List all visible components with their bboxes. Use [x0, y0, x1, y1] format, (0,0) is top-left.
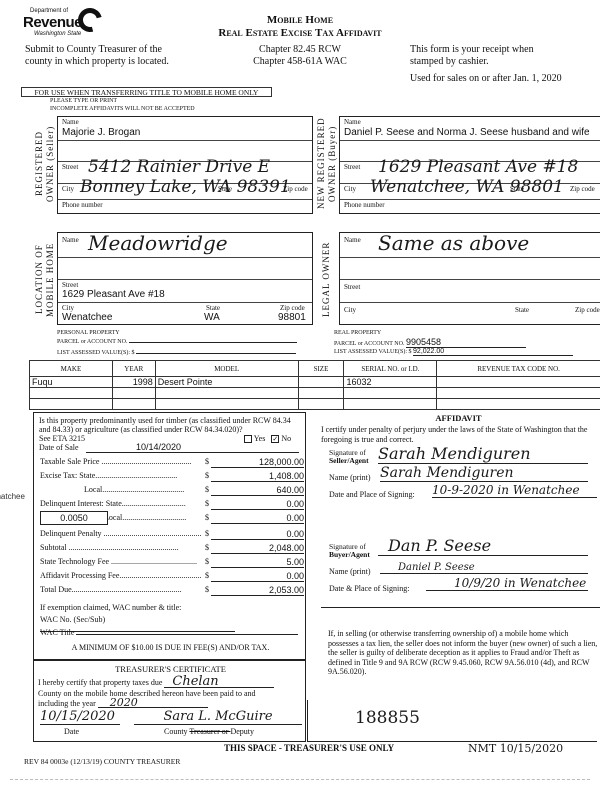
location-box: Name Meadowridge Street 1629 Pleasant Av… [57, 232, 313, 325]
excise-state-field[interactable]: 1,408.00 [211, 471, 304, 482]
exemption-label: If exemption claimed, WAC number & title… [40, 603, 181, 612]
line-label: Delinquent Interest: State..............… [40, 499, 186, 508]
instruction-incomplete: INCOMPLETE AFFIDAVITS WILL NOT BE ACCEPT… [50, 106, 195, 112]
overflow-text: enatchee [0, 492, 25, 501]
table-header-row: MAKE YEAR MODEL SIZE SERIAL NO. or I.D. … [30, 361, 600, 377]
seller-city-field[interactable]: Bonney Lake, WA 98391 [80, 177, 291, 197]
serial-cell[interactable]: 16032 [344, 377, 437, 388]
location-name-label: Name [62, 236, 79, 244]
dollar-sign: $ [205, 557, 209, 566]
seller-phone-label: Phone number [62, 201, 103, 209]
location-city-field[interactable]: Wenatchee [62, 312, 112, 323]
affidavit-certify: I certify under penalty of perjury under… [321, 425, 596, 444]
legal-street-label: Street [344, 283, 360, 291]
tax-code-cell[interactable] [437, 377, 600, 388]
location-city-label: City [62, 304, 74, 312]
real-assessed-field[interactable]: 92,022.00 [413, 348, 573, 356]
treasurer-use-divider [307, 700, 308, 742]
model-cell[interactable] [155, 388, 298, 399]
local-rate-field[interactable]: 0.0050 [40, 511, 108, 525]
cert-date-field[interactable]: 10/15/2020 [40, 709, 120, 725]
dor-logo: Department of Revenue Washington State [18, 8, 108, 38]
buyer-street-field[interactable]: 1629 Pleasant Ave #18 [378, 157, 578, 177]
form-footer: REV 84 0003e (12/13/19) COUNTY TREASURER [24, 757, 180, 766]
penalty-field[interactable]: 0.00 [211, 529, 304, 540]
logo-name: Revenue [23, 14, 82, 31]
transfer-banner: FOR USE WHEN TRANSFERRING TITLE TO MOBIL… [21, 87, 272, 97]
tax-line-tech-fee: State Technology Fee ...................… [40, 557, 304, 569]
tax-line-processing-fee: Affidavit Processing Fee................… [40, 571, 304, 583]
model-cell[interactable]: Desert Pointe [155, 377, 298, 388]
personal-property-label: PERSONAL PROPERTY [57, 330, 120, 336]
seller-street-label: Street [62, 163, 78, 171]
seller-print-name-field[interactable]: Sarah Mendiguren [380, 465, 588, 482]
wac-title-field[interactable] [76, 627, 298, 635]
wac-title-label: WAC Title [40, 628, 74, 637]
location-street-label: Street [62, 281, 78, 289]
cert-county-field[interactable]: Chelan [164, 677, 274, 688]
submit-line2: county in which property is located. [25, 56, 169, 68]
buyer-sig-label2: Buyer/Agent [329, 551, 370, 559]
affidavit-section: AFFIDAVIT I certify under penalty of per… [321, 413, 596, 444]
buyer-name-label: Name [344, 118, 361, 126]
size-cell[interactable] [298, 399, 344, 410]
make-cell[interactable]: Fuqu [30, 377, 113, 388]
seller-sig-label: Signature of Seller/Agent [329, 449, 369, 465]
line-label: Total Due...............................… [40, 585, 182, 594]
legal-owner-box: Name Same as above Street City State Zip… [339, 232, 600, 325]
dollar-sign: $ [205, 543, 209, 552]
legal-city-label: City [344, 306, 356, 314]
buyer-signature-field[interactable]: Dan P. Seese [378, 536, 588, 556]
legal-owner-label: LEGAL OWNER [321, 232, 332, 327]
tax-line-excise-local: Local...................................… [40, 485, 304, 497]
line-label: Affidavit Processing Fee................… [40, 571, 201, 580]
location-name-field[interactable]: Meadowridge [88, 231, 228, 255]
cert-sig-prefix: County [164, 727, 189, 736]
delinquent-local-field[interactable]: 0.00 [211, 513, 304, 524]
location-label-2: MOBILE HOME [45, 232, 56, 327]
dollar-sign: $ [205, 529, 209, 538]
cert-line3-text: including the year [38, 699, 96, 708]
cert-line3: including the year 2020 [38, 698, 208, 708]
seller-sig-label2: Seller/Agent [329, 457, 369, 465]
used-for-note: Used for sales on or after Jan. 1, 2020 [410, 73, 562, 85]
buyer-city-field[interactable]: Wenatchee, WA 98801 [370, 177, 564, 197]
minimum-notice: A MINIMUM OF $10.00 IS DUE IN FEE(S) AND… [34, 643, 307, 652]
form-title-line2: Real Estate Excise Tax Affidavit [170, 27, 430, 39]
form-title-line1: Mobile Home [200, 14, 400, 26]
affidavit-divider [321, 607, 600, 608]
submit-line1: Submit to County Treasurer of the [25, 44, 169, 56]
table-row: Fuqu 1998 Desert Pointe 16032 [30, 377, 600, 388]
receipt-line2: stamped by cashier. [410, 56, 562, 68]
tax-line-excise-state: Excise Tax: State.......................… [40, 471, 304, 483]
col-size: SIZE [298, 361, 344, 377]
treasurer-certificate: TREASURER'S CERTIFICATE I hereby certify… [33, 660, 306, 742]
real-property-label: REAL PROPERTY [334, 330, 381, 336]
buyer-date-label: Date & Place of Signing: [329, 584, 409, 593]
location-label-1: LOCATION OF [34, 232, 45, 327]
year-cell[interactable] [112, 388, 155, 399]
legal-name-field[interactable]: Same as above [378, 231, 529, 255]
real-parcel-field[interactable]: 9905458 [406, 337, 526, 348]
line-label: State Technology Fee ...................… [40, 557, 197, 566]
treasurer-use-label: THIS SPACE - TREASURER'S USE ONLY [224, 743, 394, 753]
cert-signature-field[interactable]: Sara L. McGuire [134, 709, 302, 725]
instruction-type-print: PLEASE TYPE OR PRINT [50, 98, 117, 104]
submit-instructions: Submit to County Treasurer of the county… [25, 44, 169, 68]
cert-sig-struck: Treasurer or [189, 727, 230, 736]
seller-name-field[interactable]: Majorie J. Brogan [62, 127, 140, 138]
buyer-sig-label: Signature of Buyer/Agent [329, 543, 370, 559]
col-make: MAKE [30, 361, 113, 377]
buyer-street-label: Street [344, 163, 360, 171]
col-serial: SERIAL NO. or I.D. [344, 361, 437, 377]
chapter-rcw: Chapter 82.45 RCW [240, 44, 360, 56]
seller-box: Name Majorie J. Brogan Street 5412 Raini… [57, 116, 313, 214]
buyer-box: Name Daniel P. Seese and Norma J. Seese … [339, 116, 600, 214]
personal-assessed-text: LIST ASSESSED VALUE(S): $ [57, 350, 135, 356]
seller-label-2: OWNER (Seller) [45, 116, 56, 211]
col-year: YEAR [112, 361, 155, 377]
seller-city-label: City [62, 185, 74, 193]
location-street-field[interactable]: 1629 Pleasant Ave #18 [62, 289, 165, 300]
legal-owner-section-label: LEGAL OWNER [316, 232, 338, 327]
table-row [30, 388, 600, 399]
wac-no-label: WAC No. (Sec/Sub) [40, 615, 105, 624]
personal-parcel-field[interactable] [129, 337, 297, 343]
see-eta: See ETA 3215 [39, 434, 85, 443]
lien-notice: If, in selling (or otherwise transferrin… [328, 629, 598, 677]
cashier-stamp: NMT 10/15/2020 [468, 742, 563, 755]
scan-artifact-line [10, 779, 590, 780]
delinquent-state-field[interactable]: 0.00 [211, 499, 304, 510]
buyer-date-field[interactable]: 10/9/20 in Wenatchee [426, 576, 588, 591]
line-label: Subtotal ...............................… [40, 543, 179, 552]
location-zip-label: Zip code [280, 304, 305, 312]
receipt-note: This form is your receipt when stamped b… [410, 44, 562, 85]
tech-fee-field[interactable]: 5.00 [211, 557, 304, 568]
personal-parcel-text: PARCEL or ACCOUNT NO. [57, 339, 127, 345]
real-assessed-label: LIST ASSESSED VALUE(S): $ 92,022.00 [334, 348, 573, 356]
tax-calculation-box: Is this property predominantly used for … [33, 412, 306, 660]
sale-price-field[interactable]: 128,000.00 [211, 457, 304, 468]
buyer-print-name-label: Name (print) [329, 567, 371, 576]
location-state-field[interactable]: WA [204, 312, 220, 323]
line-label: Local...................................… [40, 485, 184, 494]
dollar-sign: $ [205, 571, 209, 580]
serial-cell[interactable] [344, 399, 437, 410]
year-cell[interactable] [112, 399, 155, 410]
logo-state: Washington State [34, 31, 81, 37]
timber-question: Is this property predominantly used for … [39, 416, 301, 434]
buyer-name-field[interactable]: Daniel P. Seese and Norma J. Seese husba… [344, 127, 590, 138]
mobile-home-table: MAKE YEAR MODEL SIZE SERIAL NO. or I.D. … [29, 360, 600, 410]
line-label: Taxable Sale Price .....................… [40, 457, 191, 466]
personal-assessed-label: LIST ASSESSED VALUE(S): $ [57, 348, 296, 356]
tax-line-sale-price: Taxable Sale Price .....................… [40, 457, 304, 469]
dollar-sign: $ [205, 485, 209, 494]
buyer-label-2: OWNER (Buyer) [327, 116, 338, 211]
dollar-sign: $ [205, 513, 209, 522]
personal-assessed-field[interactable] [136, 348, 296, 354]
cert-title: TREASURER'S CERTIFICATE [34, 664, 307, 674]
legal-state-label: State [515, 306, 529, 314]
dollar-sign: $ [205, 585, 209, 594]
excise-local-field[interactable]: 640.00 [211, 485, 304, 496]
tax-code-cell[interactable] [437, 388, 600, 399]
location-zip-field[interactable]: 98801 [278, 312, 306, 323]
cert-line2: County on the mobile home described here… [38, 689, 256, 698]
make-cell[interactable] [30, 399, 113, 410]
seller-street-field[interactable]: 5412 Rainier Drive E [88, 157, 270, 177]
receipt-line1: This form is your receipt when [410, 44, 562, 56]
buyer-print-name-field[interactable]: Daniel P. Seese [380, 562, 588, 574]
date-of-sale-label: Date of Sale [39, 443, 79, 452]
total-due-field[interactable]: 2,053.00 [211, 585, 304, 596]
col-model: MODEL [155, 361, 298, 377]
model-cell[interactable] [155, 399, 298, 410]
table-row [30, 399, 600, 410]
personal-parcel-label: PARCEL or ACCOUNT NO. [57, 337, 297, 345]
buyer-phone-label: Phone number [344, 201, 385, 209]
buyer-zip-label: Zip code [570, 185, 595, 193]
cert-line1-text: I hereby certify that property taxes due [38, 678, 162, 687]
tax-line-total-due: Total Due...............................… [40, 585, 304, 597]
seller-section-label: REGISTERED OWNER (Seller) [34, 116, 56, 211]
real-parcel-label: PARCEL or ACCOUNT NO. 9905458 [334, 337, 526, 348]
seller-name-label: Name [62, 118, 79, 126]
location-section-label: LOCATION OF MOBILE HOME [34, 232, 56, 327]
legal-zip-label: Zip code [575, 306, 600, 314]
tax-line-delinquent-state: Delinquent Interest: State..............… [40, 499, 304, 511]
buyer-label-1: NEW REGISTERED [316, 116, 327, 211]
tax-line-penalty: Delinquent Penalty .....................… [40, 529, 304, 541]
cert-year-field[interactable]: 2020 [98, 698, 208, 708]
make-cell[interactable] [30, 388, 113, 399]
real-parcel-text: PARCEL or ACCOUNT NO. [334, 341, 404, 347]
line-label: Excise Tax: State.......................… [40, 471, 177, 480]
subtotal-field[interactable]: 2,048.00 [211, 543, 304, 554]
serial-cell[interactable] [344, 388, 437, 399]
affidavit-title: AFFIDAVIT [321, 413, 596, 423]
real-assessed-text: LIST ASSESSED VALUE(S): $ [334, 349, 412, 355]
seller-label-1: REGISTERED [34, 116, 45, 211]
buyer-city-label: City [344, 185, 356, 193]
processing-fee-field[interactable]: 0.00 [211, 571, 304, 582]
year-cell[interactable]: 1998 [112, 377, 155, 388]
tax-line-subtotal: Subtotal ...............................… [40, 543, 304, 555]
date-of-sale-field[interactable]: 10/14/2020 [86, 442, 299, 453]
location-state-label: State [206, 304, 220, 312]
dollar-sign: $ [205, 499, 209, 508]
size-cell[interactable] [298, 377, 344, 388]
seller-signature-field[interactable]: Sarah Mendiguren [378, 444, 588, 464]
receipt-number: 188855 [355, 708, 420, 728]
wac-title-row: WAC Title [40, 627, 302, 637]
size-cell[interactable] [298, 388, 344, 399]
col-tax-code: REVENUE TAX CODE NO. [437, 361, 600, 377]
dollar-sign: $ [205, 471, 209, 480]
seller-print-name-label: Name (print) [329, 473, 371, 482]
cert-line1: I hereby certify that property taxes due… [38, 677, 304, 688]
chapter-wac: Chapter 458-61A WAC [240, 56, 360, 68]
cert-sig-label: County Treasurer or Deputy [164, 727, 254, 736]
seller-date-field[interactable]: 10-9-2020 in Wenatchee [432, 483, 597, 498]
line-label: Delinquent Penalty .....................… [40, 529, 202, 538]
seller-date-label: Date and Place of Signing: [329, 490, 415, 499]
legal-name-label: Name [344, 236, 361, 244]
buyer-section-label: NEW REGISTERED OWNER (Buyer) [316, 116, 338, 211]
tax-code-cell[interactable] [437, 399, 600, 410]
dollar-sign: $ [205, 457, 209, 466]
cert-sig-suffix: Deputy [230, 727, 254, 736]
cert-date-label: Date [64, 727, 79, 736]
chapter-refs: Chapter 82.45 RCW Chapter 458-61A WAC [240, 44, 360, 68]
